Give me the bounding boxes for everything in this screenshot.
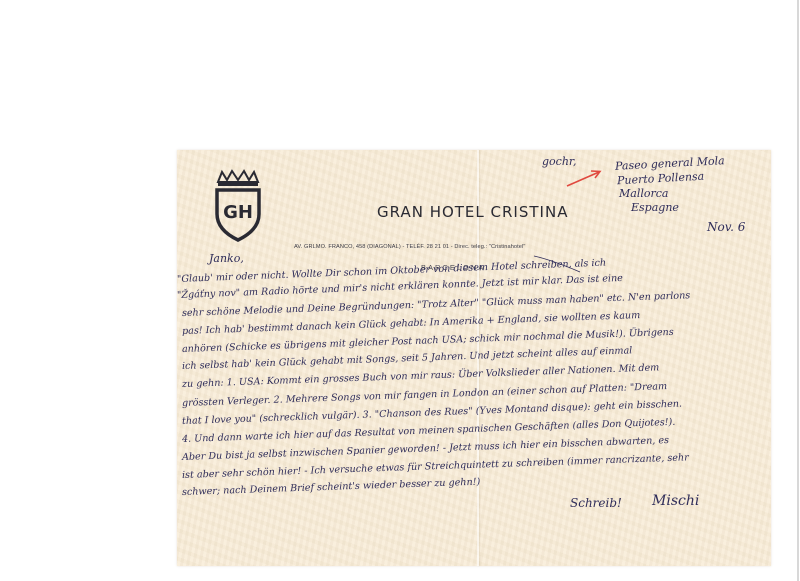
- closing: Schreib!: [570, 496, 622, 510]
- page-border: [797, 0, 799, 581]
- address-line-4: Espagne: [631, 200, 679, 215]
- hotel-address: AV. GRLMO. FRANCO, 458 (DIAGONAL) - TELÉ…: [294, 244, 525, 250]
- signature: Mischi: [652, 493, 699, 509]
- monogram-text: GH: [223, 202, 253, 223]
- salutation: Janko,: [209, 252, 244, 265]
- hotel-crown-monogram-logo: GH: [213, 168, 263, 242]
- letter-paper: GH GRAN HOTEL CRISTINA AV. GRLMO. FRANCO…: [177, 150, 771, 566]
- red-arrow-icon: [565, 168, 605, 188]
- address-note: gochr,: [542, 154, 576, 169]
- letter-date: Nov. 6: [707, 220, 745, 235]
- address-line-3: Mallorca: [619, 186, 668, 201]
- body-line-13: schwer; nach Deinem Brief scheint's wied…: [182, 477, 481, 498]
- hotel-name: GRAN HOTEL CRISTINA: [377, 203, 568, 221]
